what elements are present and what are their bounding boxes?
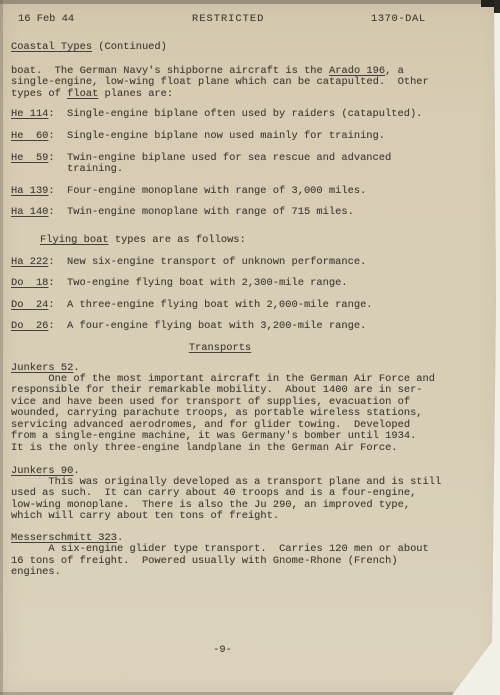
aircraft-designation-colon: :: [48, 206, 54, 218]
aircraft-designation: Do 26:: [11, 321, 67, 333]
aircraft-designation: He 60:: [11, 131, 67, 143]
aircraft-designation-text: Do 24: [11, 299, 48, 311]
aircraft-designation-colon: :: [48, 185, 54, 197]
aircraft-description: Single-engine biplane now used mainly fo…: [67, 131, 439, 143]
aircraft-description: Four-engine monoplane with range of 3,00…: [67, 186, 439, 198]
aircraft-row-ha140: Ha 140: Twin-engine monoplane with range…: [11, 207, 500, 219]
aircraft-row-ha139: Ha 139: Four-engine monoplane with range…: [11, 186, 500, 198]
transport-entry-junkers-52: Junkers 52. One of the most important ai…: [11, 362, 500, 455]
aircraft-row-do24: Do 24: A three-engine flying boat with 2…: [11, 300, 500, 312]
aircraft-row-do18: Do 18: Two-engine flying boat with 2,300…: [11, 278, 500, 290]
transport-name: Junkers 90.: [11, 465, 500, 477]
flying-boat-heading-rest: types are as follows:: [109, 234, 246, 246]
transport-name: Junkers 52.: [11, 362, 500, 374]
aircraft-designation: Do 18:: [11, 278, 67, 290]
intro-paragraph: boat. The German Navy's shipborne aircra…: [11, 66, 500, 101]
aircraft-designation-text: He 60: [11, 130, 48, 142]
transport-name-period: .: [73, 465, 79, 477]
aircraft-designation-text: Ha 222: [11, 256, 48, 268]
aircraft-designation-colon: :: [48, 299, 54, 311]
aircraft-designation-text: He 114: [11, 108, 48, 120]
aircraft-designation: Do 24:: [11, 300, 67, 312]
header-date: 16 Feb 44: [18, 13, 74, 25]
intro-line-3-underlined: float: [67, 88, 98, 100]
aircraft-designation-colon: :: [48, 130, 54, 142]
section-title-underlined: Coastal Types: [11, 41, 92, 53]
transport-entry-junkers-90: Junkers 90. This was originally develope…: [11, 465, 500, 523]
document-scan: 16 Feb 44 RESTRICTED 1370-DAL Coastal Ty…: [0, 0, 500, 695]
flying-boat-heading: Flying boat types are as follows:: [40, 235, 500, 247]
aircraft-designation-colon: :: [48, 152, 54, 164]
transport-paragraph-line: engines.: [11, 567, 500, 579]
flying-boat-list: Ha 222: New six-engine transport of unkn…: [11, 257, 500, 333]
intro-line-1-tail: , a: [385, 65, 404, 77]
transport-paragraph-line: responsible for their remarkable mobilit…: [11, 385, 500, 397]
transport-paragraph-line: 16 tons of freight. Powered usually with…: [11, 556, 500, 568]
transports-heading: Transports: [0, 343, 440, 355]
page-header: 16 Feb 44 RESTRICTED 1370-DAL: [0, 13, 500, 26]
aircraft-description: Single-engine biplane often used by raid…: [67, 109, 439, 121]
transport-paragraph-line: which will carry about ten tons of freig…: [11, 511, 500, 523]
section-title-rest: (Continued): [92, 41, 167, 53]
aircraft-description: A four-engine flying boat with 3,200-mil…: [67, 321, 439, 333]
float-plane-list: He 114: Single-engine biplane often used…: [11, 109, 500, 219]
paper-page: 16 Feb 44 RESTRICTED 1370-DAL Coastal Ty…: [0, 0, 500, 695]
intro-line-1-text: boat. The German Navy's shipborne aircra…: [11, 65, 329, 77]
transport-name-underlined: Junkers 90: [11, 465, 73, 477]
aircraft-description: New six-engine transport of unknown perf…: [67, 257, 439, 269]
aircraft-row-ha222: Ha 222: New six-engine transport of unkn…: [11, 257, 500, 269]
aircraft-row-do26: Do 26: A four-engine flying boat with 3,…: [11, 321, 500, 333]
page-number: -9-: [0, 644, 445, 656]
transport-paragraph-line: A six-engine glider type transport. Carr…: [11, 544, 500, 556]
intro-line-3: types of float planes are:: [11, 89, 500, 101]
aircraft-designation-colon: :: [48, 256, 54, 268]
intro-line-1-underlined: Arado 196: [329, 65, 385, 77]
flying-boat-heading-underlined: Flying boat: [40, 234, 109, 246]
transport-name-period: .: [73, 362, 79, 374]
scan-top-edge: [0, 0, 500, 4]
transport-name-underlined: Junkers 52: [11, 362, 73, 374]
transport-entry-messerschmitt-323: Messerschmitt 323. A six-engine glider t…: [11, 532, 500, 579]
aircraft-row-he114: He 114: Single-engine biplane often used…: [11, 109, 500, 121]
section-title: Coastal Types (Continued): [11, 42, 500, 54]
aircraft-designation: Ha 222:: [11, 257, 67, 269]
aircraft-designation-colon: :: [48, 277, 54, 289]
aircraft-designation-colon: :: [48, 108, 54, 120]
header-doc-number: 1370-DAL: [371, 13, 426, 25]
scan-left-edge: [0, 0, 3, 695]
header-classification: RESTRICTED: [192, 13, 264, 25]
aircraft-designation: He 114:: [11, 109, 67, 121]
aircraft-designation-text: Do 18: [11, 277, 48, 289]
aircraft-designation-text: Ha 139: [11, 185, 48, 197]
transport-paragraph-line: It is the only three-engine landplane in…: [11, 443, 500, 455]
aircraft-description: Two-engine flying boat with 2,300-mile r…: [67, 278, 439, 290]
aircraft-description: A three-engine flying boat with 2,000-mi…: [67, 300, 439, 312]
aircraft-row-he60: He 60: Single-engine biplane now used ma…: [11, 131, 500, 143]
aircraft-designation-colon: :: [48, 320, 54, 332]
transport-entries: Junkers 52. One of the most important ai…: [11, 362, 500, 579]
aircraft-designation: Ha 140:: [11, 207, 67, 219]
scan-corner-artifact: [494, 0, 500, 13]
intro-line-3-tail: planes are:: [98, 88, 173, 100]
aircraft-designation-text: Do 26: [11, 320, 48, 332]
aircraft-designation-text: He 59: [11, 152, 48, 164]
aircraft-designation: He 59:: [11, 153, 67, 176]
aircraft-designation-text: Ha 140: [11, 206, 48, 218]
aircraft-row-he59: He 59: Twin-engine biplane used for sea …: [11, 153, 500, 176]
aircraft-designation: Ha 139:: [11, 186, 67, 198]
intro-line-3-text: types of: [11, 88, 67, 100]
aircraft-description: Twin-engine monoplane with range of 715 …: [67, 207, 439, 219]
aircraft-description: Twin-engine biplane used for sea rescue …: [67, 153, 439, 176]
